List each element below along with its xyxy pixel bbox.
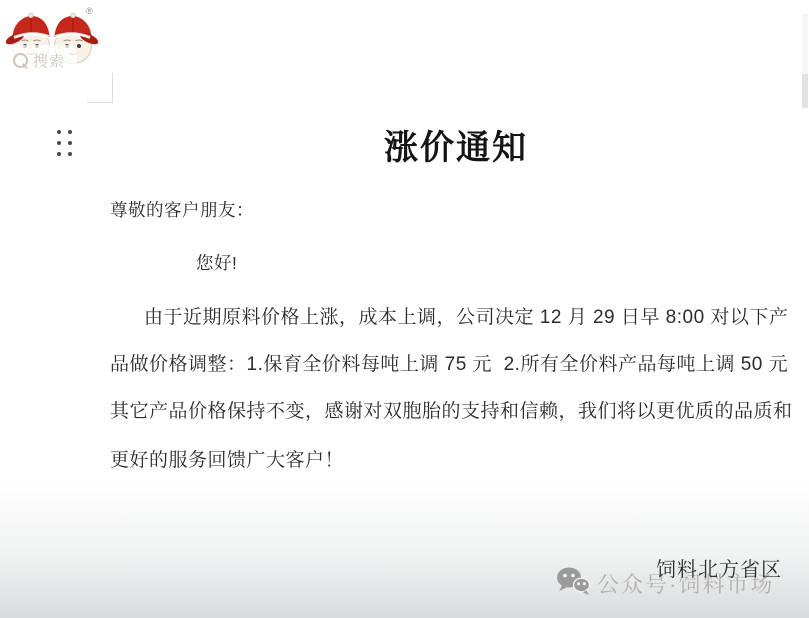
scrollbar-thumb[interactable] [802,74,808,108]
body-line: 由于近期原料价格上涨，成本上调，公司决定 12 月 29 日早 8:00 对以下… [144,302,788,329]
page-title: 涨价通知 [110,120,802,169]
search-badge[interactable]: 搜索 [1,45,77,76]
registered-mark: ® [86,6,93,16]
search-label: 搜索 [33,50,65,71]
drag-handle-icon[interactable] [57,130,72,156]
signature-text: 饲料北方省区 [656,553,782,582]
body-line: 品做价格调整：1.保育全价料每吨上调 75 元 2.所有全价料产品每吨上调 50… [110,349,788,376]
scrollbar-track[interactable] [802,14,808,74]
body-line: 更好的服务回馈广大客户！ [110,445,344,472]
page-corner-mark [87,102,113,103]
wechat-icon [556,566,590,601]
greeting-text: 您好! [196,250,237,275]
search-icon [13,53,28,68]
page-corner-mark [112,73,113,103]
body-line: 其它产品价格保持不变，感谢对双胞胎的支持和信赖，我们将以更优质的品质和 [110,396,793,423]
salutation-text: 尊敬的客户朋友： [110,197,254,222]
document-photo: ® 搜索 涨价通知 尊敬的客户朋友： 您好! 由于近期原料价格上涨，成本上调，公… [0,0,809,618]
